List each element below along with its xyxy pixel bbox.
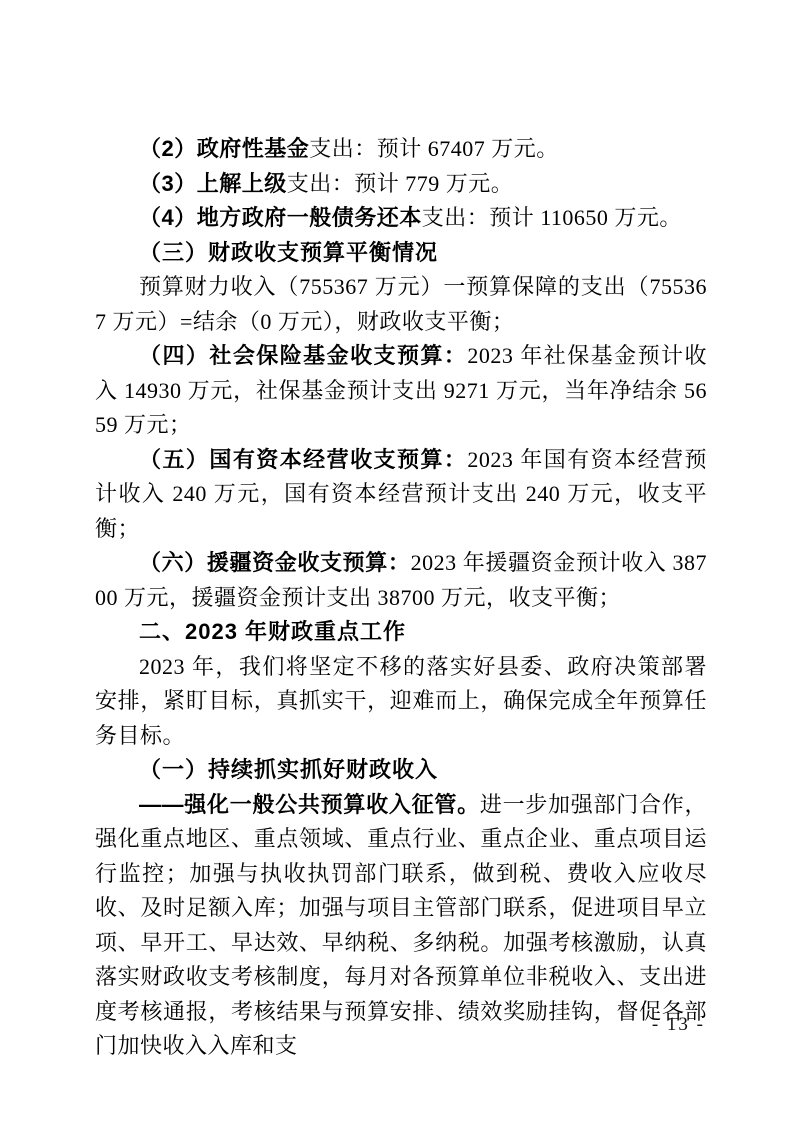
paragraph-text: 进一步加强部门合作，强化重点地区、重点领域、重点行业、重点企业、重点项目运行监控… — [95, 792, 707, 1059]
page-number: - 13 - — [652, 1012, 705, 1038]
paragraph-lead: （四）社会保险基金收支预算： — [139, 343, 467, 368]
paragraph-lead: 二、2023 年财政重点工作 — [139, 619, 406, 644]
paragraph: （4）地方政府一般债务还本支出：预计 110650 万元。 — [95, 201, 707, 236]
paragraph: （3）上解上级支出：预计 779 万元。 — [95, 167, 707, 202]
paragraph-lead: （五）国有资本经营收支预算： — [139, 447, 467, 472]
paragraph-text: 预算财力收入（755367 万元）一预算保障的支出（755367 万元）=结余（… — [95, 274, 707, 334]
paragraph-lead: （2）政府性基金 — [139, 136, 309, 161]
document-body: （2）政府性基金支出：预计 67407 万元。（3）上解上级支出：预计 779 … — [95, 132, 707, 1064]
paragraph-lead: （一）持续抓实抓好财政收入 — [139, 757, 438, 782]
paragraph-text: 支出：预计 779 万元。 — [287, 171, 514, 196]
paragraph-lead: （4）地方政府一般债务还本 — [139, 205, 422, 230]
paragraph: 二、2023 年财政重点工作 — [95, 615, 707, 650]
paragraph-text: 2023 年，我们将坚定不移的落实好县委、政府决策部署安排，紧盯目标，真抓实干，… — [95, 654, 707, 748]
paragraph: ——强化一般公共预算收入征管。进一步加强部门合作，强化重点地区、重点领域、重点行… — [95, 788, 707, 1064]
paragraph: （六）援疆资金收支预算：2023 年援疆资金预计收入 38700 万元，援疆资金… — [95, 546, 707, 615]
paragraph-lead: （六）援疆资金收支预算： — [139, 550, 411, 575]
paragraph: （四）社会保险基金收支预算：2023 年社保基金预计收入 14930 万元，社保… — [95, 339, 707, 443]
paragraph: （一）持续抓实抓好财政收入 — [95, 753, 707, 788]
paragraph: 2023 年，我们将坚定不移的落实好县委、政府决策部署安排，紧盯目标，真抓实干，… — [95, 650, 707, 754]
paragraph-lead: （三）财政收支预算平衡情况 — [139, 240, 438, 265]
paragraph-text: 支出：预计 67407 万元。 — [309, 136, 559, 161]
paragraph-text: 支出：预计 110650 万元。 — [422, 205, 682, 230]
document-page: （2）政府性基金支出：预计 67407 万元。（3）上解上级支出：预计 779 … — [0, 0, 793, 1122]
paragraph: （五）国有资本经营收支预算：2023 年国有资本经营预计收入 240 万元，国有… — [95, 443, 707, 547]
paragraph: （三）财政收支预算平衡情况 — [95, 236, 707, 271]
paragraph-lead: （3）上解上级 — [139, 171, 287, 196]
paragraph-lead: ——强化一般公共预算收入征管。 — [139, 792, 480, 817]
paragraph: 预算财力收入（755367 万元）一预算保障的支出（755367 万元）=结余（… — [95, 270, 707, 339]
paragraph: （2）政府性基金支出：预计 67407 万元。 — [95, 132, 707, 167]
